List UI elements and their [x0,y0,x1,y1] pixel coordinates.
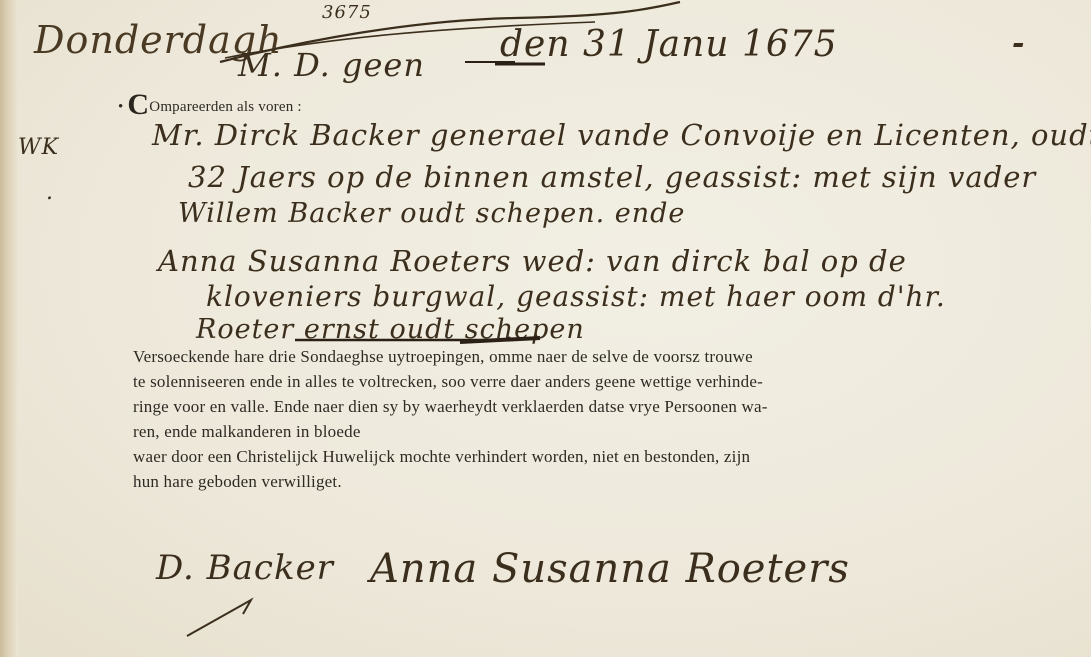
groom-signature: D. Backer [156,548,334,588]
printed-line-1: Versoeckende hare drie Sondaeghse uytroe… [133,347,753,367]
groom-line-2: 32 Jaers op de binnen amstel, geassist: … [188,160,1036,194]
signature-flourish [185,590,265,640]
bullet-dot: • [118,99,123,115]
bride-signature: Anna Susanna Roeters [370,546,850,592]
printed-line-5: waer door een Christelijck Huwelijck moc… [133,447,750,467]
printed-line-4: ren, ende malkanderen in bloede [133,422,361,442]
entry-date: den 31 Janu 1675 [500,24,838,65]
groom-line-3: Willem Backer oudt schepen. ende [178,198,685,229]
bride-line-1: Anna Susanna Roeters wed: van dirck bal … [158,244,907,278]
right-margin-mark: - [1012,26,1025,61]
margin-dot: . [46,180,54,205]
printed-line-6: hun hare geboden verwilliget. [133,472,342,492]
manuscript-page: Donderdagh 3675 M. D. geen den 31 Janu 1… [0,0,1091,657]
printed-line-3: ringe voor en valle. Ende naer dien sy b… [133,397,768,417]
printed-opening: • COmpareerden als voren : [118,88,302,122]
drop-cap: C [127,88,149,121]
groom-line-1: Mr. Dirck Backer generael vande Convoije… [152,118,1091,152]
bride-line-underline [290,318,550,348]
opening-text: Ompareerden als voren : [149,99,301,115]
clerk-note: M. D. geen [238,46,425,84]
printed-line-2: te solenniseeren ende in alles te voltre… [133,372,763,392]
margin-initials: WK [18,135,59,160]
bride-line-2: kloveniers burgwal, geassist: met haer o… [206,280,946,313]
binding-gutter [0,0,18,657]
